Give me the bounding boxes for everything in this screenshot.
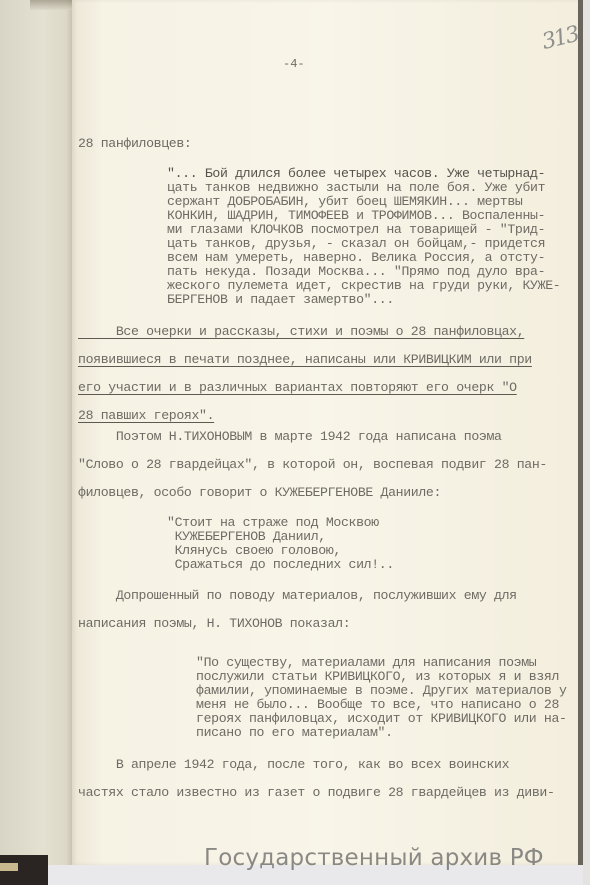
scan-background-right [583,0,590,885]
archive-watermark: Государственный архив РФ [204,845,544,871]
april-paragraph-line: частях стало известно из газет о подвиге… [78,786,555,800]
april-paragraph-line: В апреле 1942 года, после того, как во в… [78,758,509,772]
quote2-line: писано по его материалам". [196,726,393,740]
binding-strip [0,0,72,885]
underlined-paragraph-line: его участии и в различных вариантах повт… [78,381,517,395]
tikhonov-paragraph-line: "Слово о 28 гвардейцах", в которой он, в… [78,458,547,472]
intro-line: 28 панфиловцев: [78,137,191,151]
underlined-paragraph-line: появившиеся в печати позднее, написаны и… [78,353,532,367]
interrogated-paragraph-line: Допрошенный по поводу материалов, послуж… [78,589,517,603]
tikhonov-paragraph-line: филовцев, особо говорит о КУЖЕБЕРГЕНОВЕ … [78,486,441,500]
binding-tab [0,863,18,871]
underlined-paragraph-line: 28 павших героях". [78,409,214,423]
underlined-paragraph-line: Все очерки и рассказы, стихи и поэмы о 2… [78,325,524,339]
page-number: -4- [283,57,305,71]
binding-shadow [30,0,72,10]
interrogated-paragraph-line: написания поэмы, Н. ТИХОНОВ показал: [78,617,350,631]
poem-line: Сражаться до последних сил!.. [167,558,394,572]
quote1-line: БЕРГЕНОВ и падает замертво"... [167,293,394,307]
tikhonov-paragraph-line: Поэтом Н.ТИХОНОВЫМ в марте 1942 года нап… [78,430,502,444]
